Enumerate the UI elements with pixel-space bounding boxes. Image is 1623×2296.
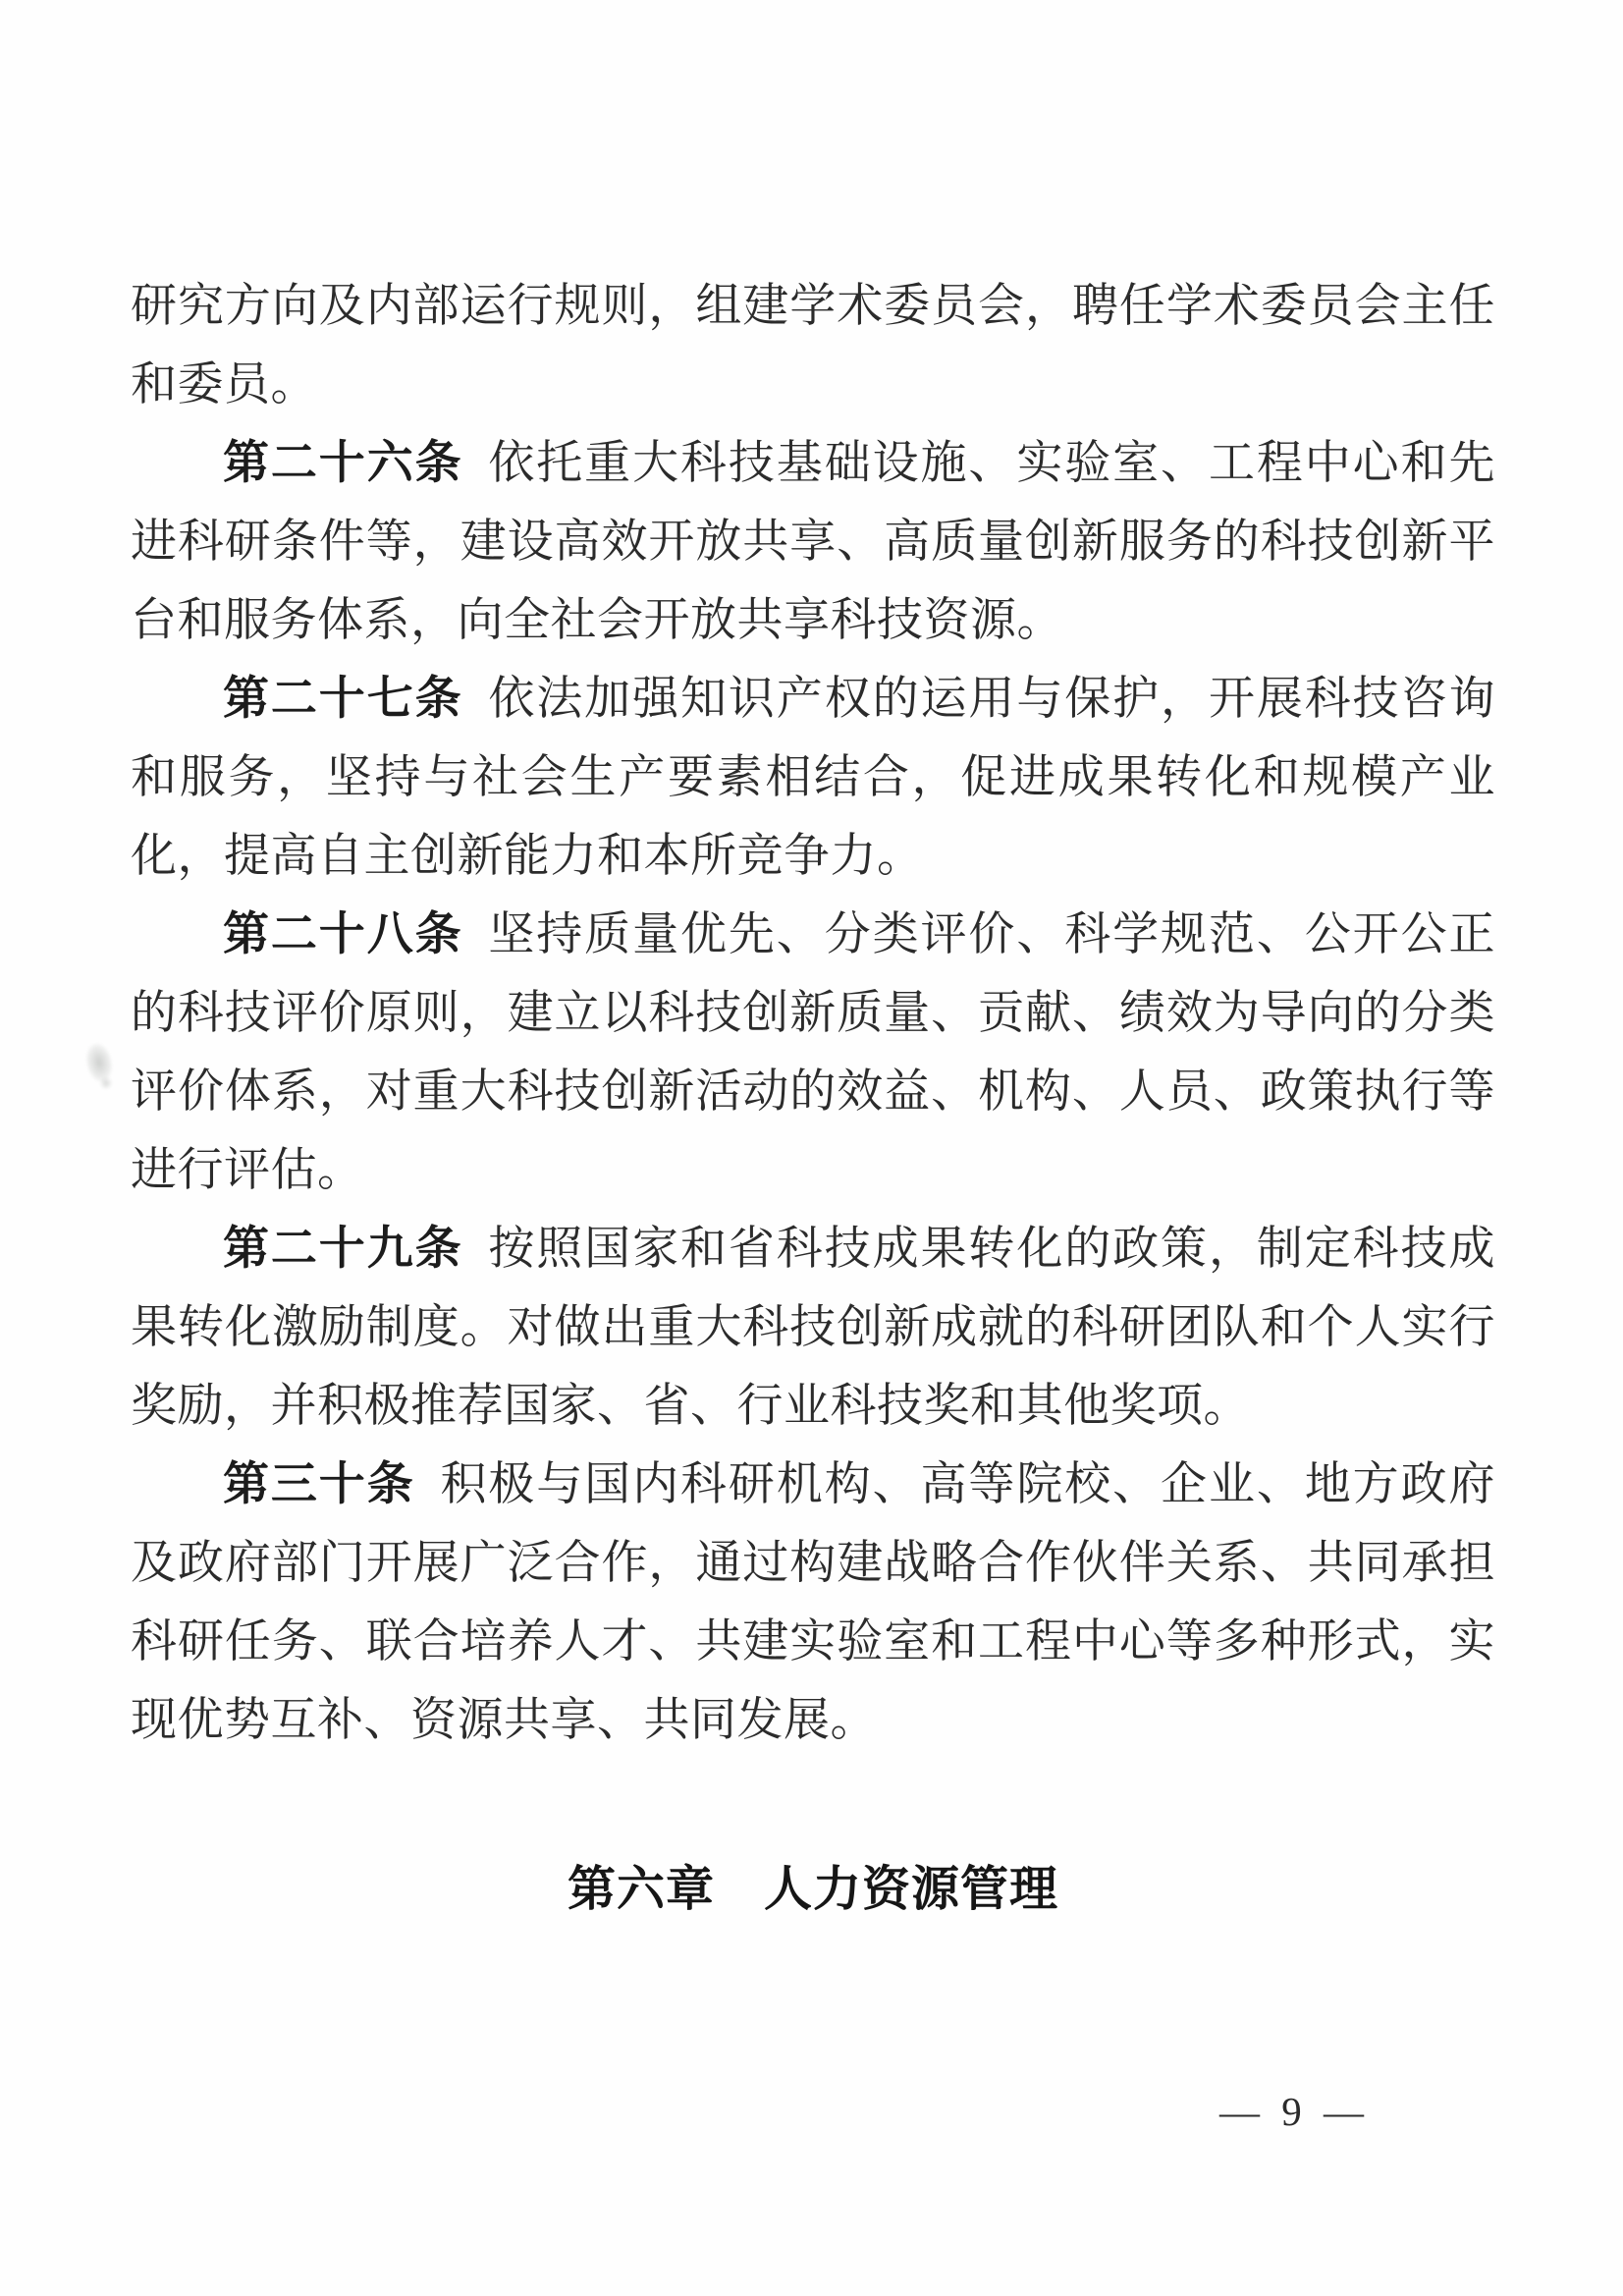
article-number: 第二十八条 — [223, 909, 463, 960]
article-number: 第三十条 — [223, 1459, 415, 1510]
document-body: 研究方向及内部运行规则，组建学术委员会，聘任学术委员会主任和委员。 第二十六条依… — [131, 267, 1495, 1929]
paragraph: 第二十六条依托重大科技基础设施、实验室、工程中心和先进科研条件等，建设高效开放共… — [131, 424, 1495, 660]
article-number: 第二十九条 — [223, 1224, 463, 1275]
paragraph: 第二十七条依法加强知识产权的运用与保护，开展科技咨询和服务，坚持与社会生产要素相… — [131, 660, 1495, 896]
article-number: 第二十六条 — [223, 438, 463, 489]
paragraph: 第二十九条按照国家和省科技成果转化的政策，制定科技成果转化激励制度。对做出重大科… — [131, 1210, 1495, 1446]
scanned-document-page: 研究方向及内部运行规则，组建学术委员会，聘任学术委员会主任和委员。 第二十六条依… — [0, 0, 1623, 2296]
chapter-heading: 第六章 人力资源管理 — [131, 1850, 1495, 1929]
paragraph: 第二十八条坚持质量优先、分类评价、科学规范、公开公正的科技评价原则，建立以科技创… — [131, 896, 1495, 1210]
paragraph-text: 研究方向及内部运行规则，组建学术委员会，聘任学术委员会主任和委员。 — [131, 281, 1495, 410]
article-number: 第二十七条 — [223, 674, 463, 725]
scan-smudge-artifact-small — [99, 1076, 113, 1090]
paragraph: 第三十条积极与国内科研机构、高等院校、企业、地方政府及政府部门开展广泛合作，通过… — [131, 1446, 1495, 1760]
page-number: — 9 — — [1219, 2088, 1370, 2135]
paragraph: 研究方向及内部运行规则，组建学术委员会，聘任学术委员会主任和委员。 — [131, 267, 1495, 424]
